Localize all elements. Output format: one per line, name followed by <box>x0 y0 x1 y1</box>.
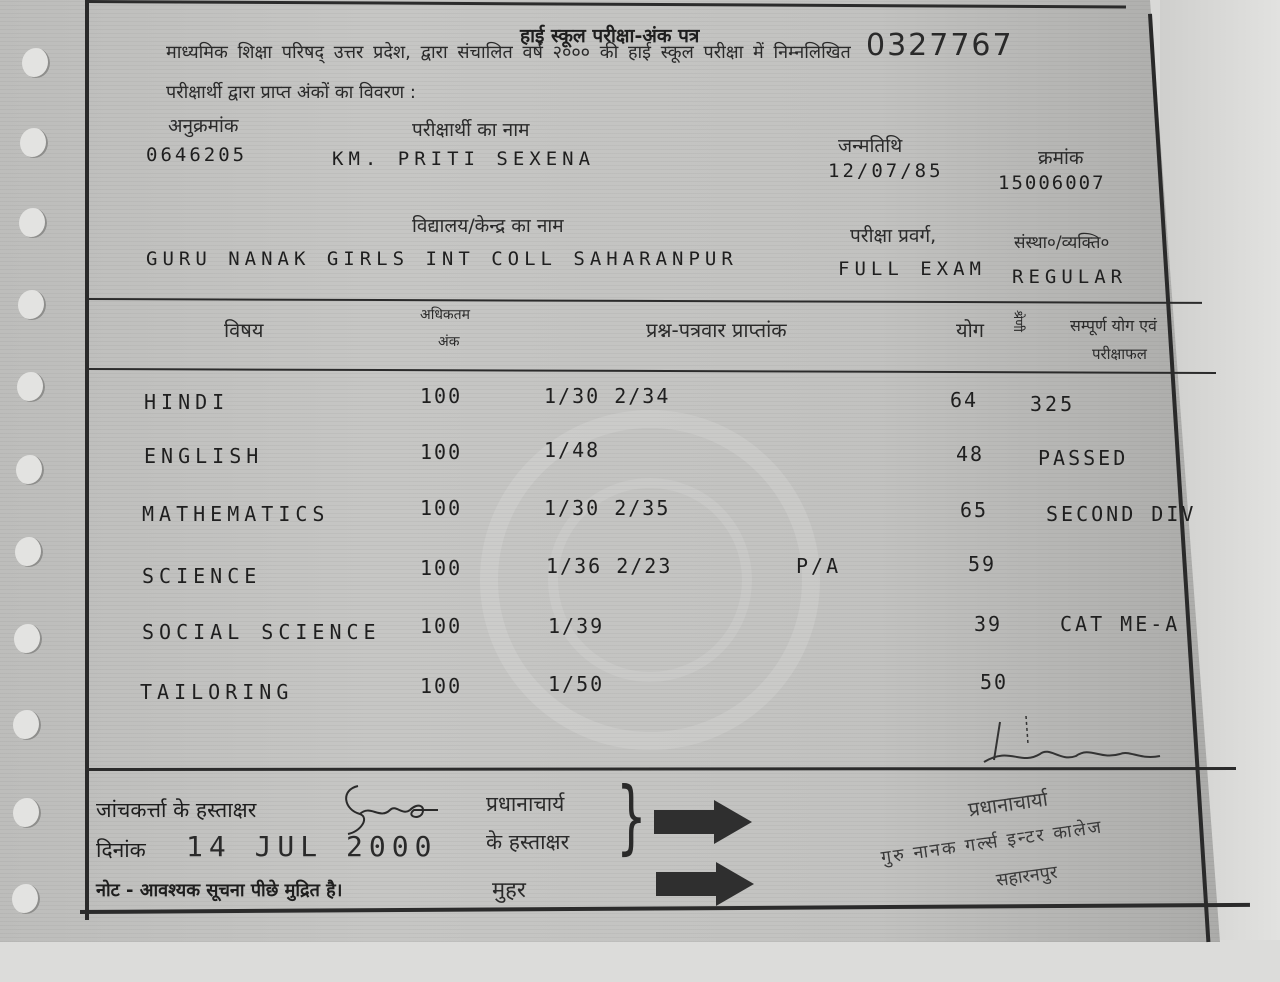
column-header-grand-total-line1: सम्पूर्ण योग एवं <box>1070 314 1157 336</box>
intro-line-2: परीक्षार्थी द्वारा प्राप्त अंकों का विवर… <box>166 80 416 104</box>
sprocket-hole <box>17 372 45 402</box>
column-header-paper-marks: प्रश्न-पत्रवार प्राप्तांक <box>646 316 787 343</box>
dob-label: जन्मतिथि <box>838 132 902 158</box>
row-subject: SOCIAL SCIENCE <box>142 620 381 644</box>
row-max-marks: 100 <box>420 674 462 698</box>
principal-signature-label-line1: प्रधानाचार्य <box>486 790 564 818</box>
sprocket-hole <box>14 624 42 654</box>
row-total: 65 <box>960 498 988 522</box>
row-total: 59 <box>968 552 996 576</box>
column-header-grade: श्रेणी <box>1008 310 1026 332</box>
checker-signature-scrawl <box>980 716 1180 772</box>
roll-number-value: 0646205 <box>146 144 247 166</box>
row-max-marks: 100 <box>420 614 462 638</box>
row-paper-marks: 1/39 <box>548 614 604 638</box>
row-result: SECOND DIV <box>1046 502 1196 526</box>
sprocket-hole <box>19 208 47 238</box>
row-result: CAT ME-A <box>1060 612 1180 636</box>
row-subject: HINDI <box>144 390 229 414</box>
row-paper-marks: 1/30 2/35 <box>544 496 670 520</box>
row-subject: SCIENCE <box>142 564 261 588</box>
candidate-name-label: परीक्षार्थी का नाम <box>412 116 530 142</box>
column-header-total: योग <box>956 316 984 343</box>
arrow-right-icon <box>654 800 754 844</box>
sprocket-hole <box>16 455 44 485</box>
sprocket-hole <box>22 48 50 78</box>
board-emblem-watermark <box>480 410 820 750</box>
row-total: 64 <box>950 388 978 412</box>
sprocket-hole <box>13 710 41 740</box>
roll-number-label: अनुक्रमांक <box>168 112 239 138</box>
sprocket-hole <box>13 798 41 828</box>
row-max-marks: 100 <box>420 440 462 464</box>
row-subject: ENGLISH <box>144 444 263 468</box>
background-bottom <box>0 940 1280 982</box>
row-practical: P/A <box>796 554 841 578</box>
candidate-name-value: KM. PRITI SEXENA <box>332 148 595 170</box>
column-header-max-marks-line1: अधिकतम <box>420 305 470 324</box>
candidate-type-value: REGULAR <box>1012 266 1127 288</box>
candidate-type-label: संस्था०/व्यक्ति० <box>1014 230 1109 253</box>
sprocket-hole <box>20 128 48 158</box>
row-total: 39 <box>974 612 1002 636</box>
column-header-grand-total-line2: परीक्षाफल <box>1092 344 1147 364</box>
row-paper-marks: 1/30 2/34 <box>544 384 670 408</box>
brace-icon: } <box>616 770 647 863</box>
document-serial-number: 0327767 <box>866 28 1014 63</box>
row-max-marks: 100 <box>420 384 462 408</box>
serial-label: क्रमांक <box>1038 144 1083 170</box>
row-paper-marks: 1/36 2/23 <box>546 554 672 578</box>
serial-value: 15006007 <box>998 172 1106 194</box>
exam-category-value: FULL EXAM <box>838 258 986 280</box>
school-label: विद्यालय/केन्द्र का नाम <box>412 212 564 238</box>
frame-left-border <box>85 0 89 920</box>
row-total: 48 <box>956 442 984 466</box>
checker-signature-label: जांचकर्त्ता के हस्ताक्षर <box>96 796 256 824</box>
checker-signature <box>330 780 440 840</box>
dob-value: 12/07/85 <box>828 160 944 182</box>
column-header-max-marks-line2: अंक <box>438 332 459 351</box>
intro-line-1: माध्यमिक शिक्षा परिषद् उत्तर प्रदेश, द्व… <box>166 40 851 64</box>
row-paper-marks: 1/50 <box>548 672 604 696</box>
column-header-subject: विषय <box>224 316 263 343</box>
row-result: PASSED <box>1038 446 1128 470</box>
principal-signature-label-line2: के हस्ताक्षर <box>486 828 569 856</box>
seal-label: मुहर <box>492 874 526 904</box>
sprocket-hole <box>12 884 40 914</box>
arrow-right-icon <box>656 862 756 906</box>
row-max-marks: 100 <box>420 496 462 520</box>
row-total: 50 <box>980 670 1008 694</box>
row-paper-marks: 1/48 <box>544 438 600 462</box>
row-result: 325 <box>1030 392 1075 416</box>
row-subject: MATHEMATICS <box>142 502 329 526</box>
note-text: नोट - आवश्यक सूचना पीछे मुद्रित है। <box>96 878 343 902</box>
school-value: GURU NANAK GIRLS INT COLL SAHARANPUR <box>146 248 738 270</box>
row-max-marks: 100 <box>420 556 462 580</box>
exam-category-label: परीक्षा प्रवर्ग, <box>850 222 936 248</box>
sprocket-hole <box>18 290 46 320</box>
date-label: दिनांक <box>96 836 146 864</box>
sprocket-hole <box>15 537 43 567</box>
row-subject: TAILORING <box>140 680 293 704</box>
